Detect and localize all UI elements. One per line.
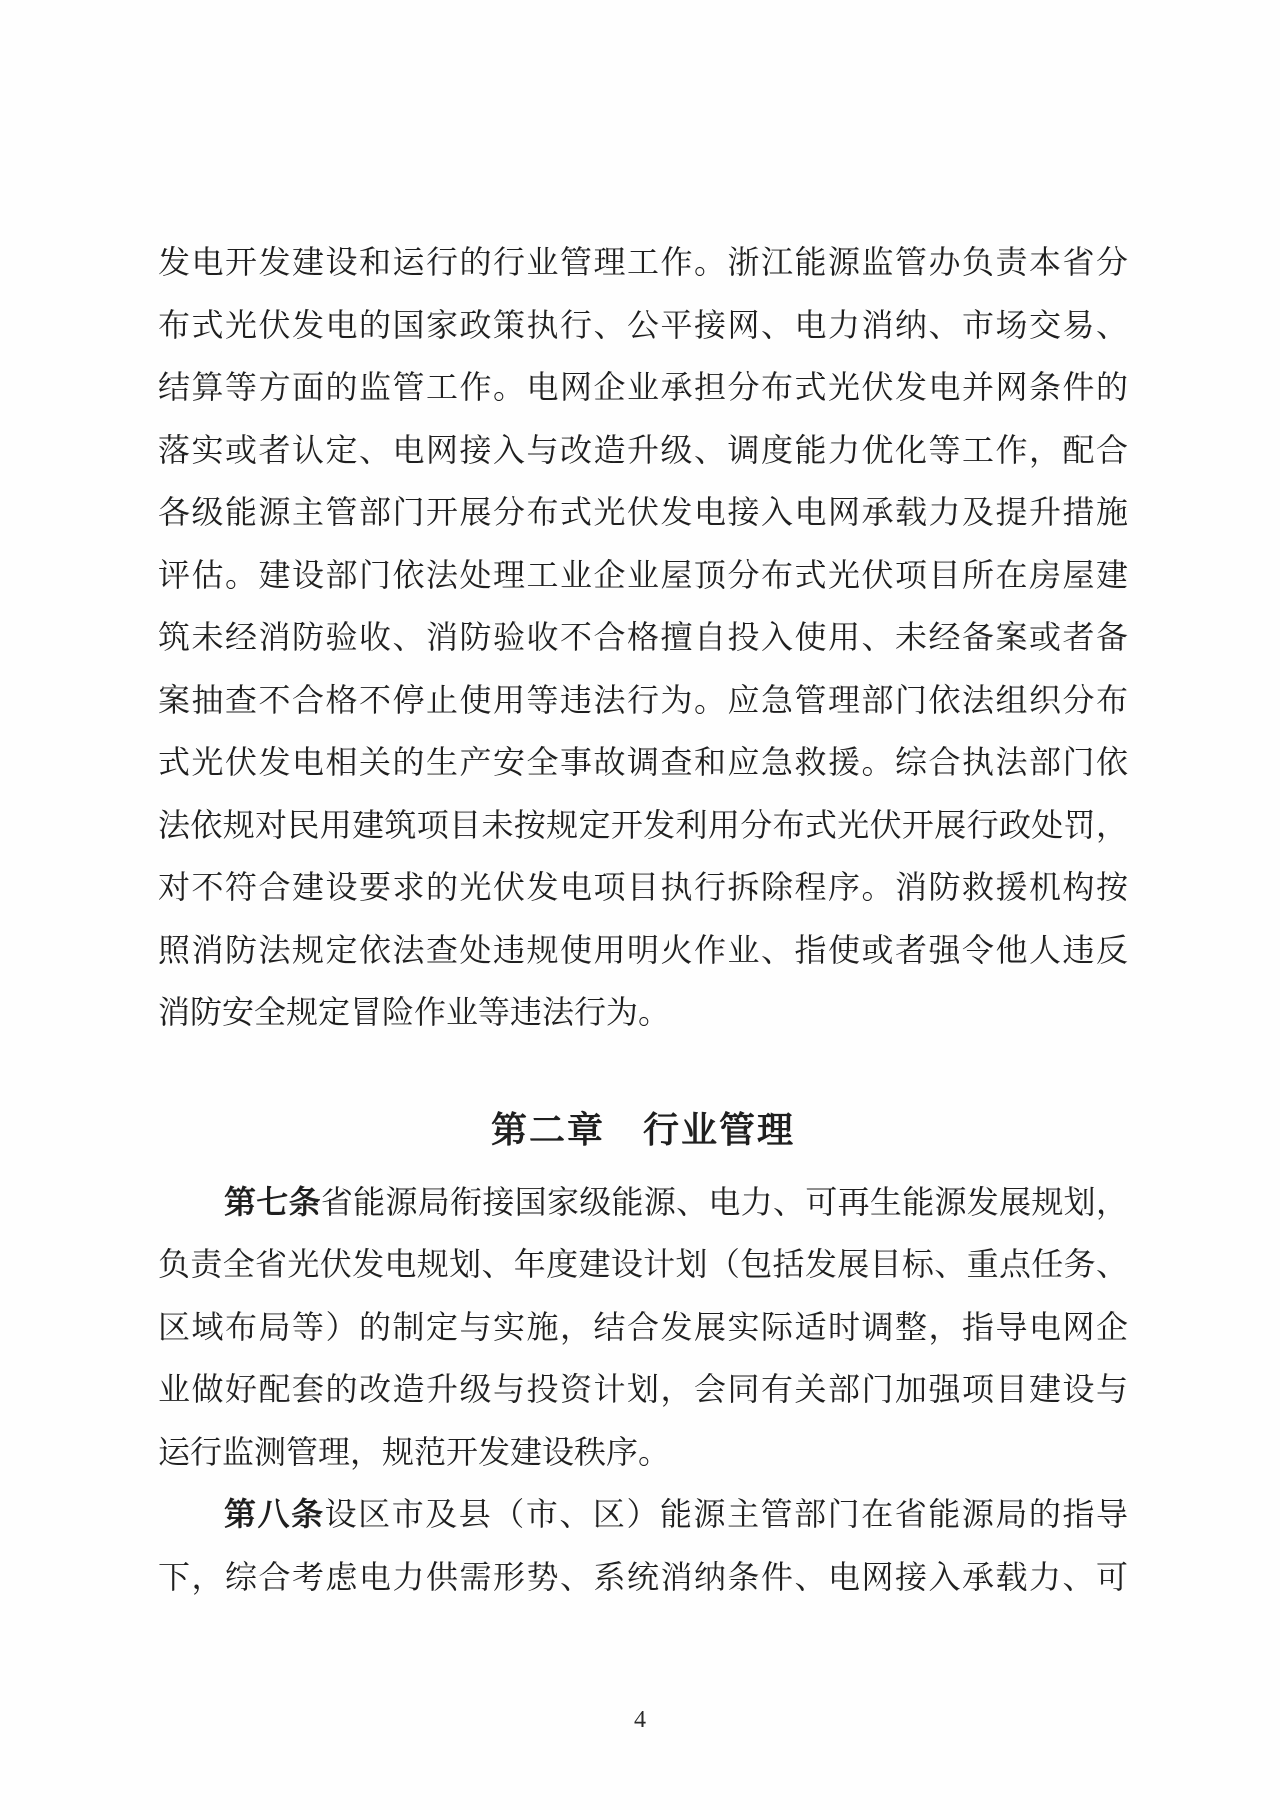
text-line: 案抽查不合格不停止使用等违法行为。应急管理部门依法组织分布 [158,669,1128,732]
page-number: 4 [0,1700,1280,1740]
text-line: 运行监测管理，规范开发建设秩序。 [158,1421,1128,1484]
article-first-line: 第八条设区市及县（市、区）能源主管部门在省能源局的指导 [158,1483,1128,1546]
article-text: 设区市及县（市、区）能源主管部门在省能源局的指导 [325,1496,1128,1532]
article-first-line: 第七条省能源局衔接国家级能源、电力、可再生能源发展规划， [158,1171,1128,1234]
text-line: 布式光伏发电的国家政策执行、公平接网、电力消纳、市场交易、 [158,294,1128,357]
text-line: 结算等方面的监管工作。电网企业承担分布式光伏发电并网条件的 [158,356,1128,419]
text-line: 法依规对民用建筑项目未按规定开发利用分布式光伏开展行政处罚， [158,794,1128,857]
document-page: 发电开发建设和运行的行业管理工作。浙江能源监管办负责本省分 布式光伏发电的国家政… [0,0,1280,1810]
intro-paragraph: 发电开发建设和运行的行业管理工作。浙江能源监管办负责本省分 布式光伏发电的国家政… [158,231,1128,1044]
text-line: 照消防法规定依法查处违规使用明火作业、指使或者强令他人违反 [158,919,1128,982]
text-line: 落实或者认定、电网接入与改造升级、调度能力优化等工作，配合 [158,419,1128,482]
text-line: 业做好配套的改造升级与投资计划，会同有关部门加强项目建设与 [158,1358,1128,1421]
chapter-heading: 第二章 行业管理 [158,1095,1128,1165]
text-line: 对不符合建设要求的光伏发电项目执行拆除程序。消防救援机构按 [158,856,1128,919]
article-8: 第八条设区市及县（市、区）能源主管部门在省能源局的指导 下，综合考虑电力供需形势… [158,1483,1128,1608]
text-line: 筑未经消防验收、消防验收不合格擅自投入使用、未经备案或者备 [158,606,1128,669]
article-number-label: 第七条 [224,1184,321,1220]
text-line: 发电开发建设和运行的行业管理工作。浙江能源监管办负责本省分 [158,231,1128,294]
text-line: 评估。建设部门依法处理工业企业屋顶分布式光伏项目所在房屋建 [158,544,1128,607]
document-content: 发电开发建设和运行的行业管理工作。浙江能源监管办负责本省分 布式光伏发电的国家政… [158,231,1128,1608]
text-line: 区域布局等）的制定与实施，结合发展实际适时调整，指导电网企 [158,1296,1128,1359]
article-text: 省能源局衔接国家级能源、电力、可再生能源发展规划， [321,1184,1128,1220]
text-line: 下，综合考虑电力供需形势、系统消纳条件、电网接入承载力、可 [158,1546,1128,1609]
text-line: 各级能源主管部门开展分布式光伏发电接入电网承载力及提升措施 [158,481,1128,544]
text-line: 消防安全规定冒险作业等违法行为。 [158,981,1128,1044]
article-7: 第七条省能源局衔接国家级能源、电力、可再生能源发展规划， 负责全省光伏发电规划、… [158,1171,1128,1484]
text-line: 负责全省光伏发电规划、年度建设计划（包括发展目标、重点任务、 [158,1233,1128,1296]
article-number-label: 第八条 [224,1496,325,1532]
text-line: 式光伏发电相关的生产安全事故调查和应急救援。综合执法部门依 [158,731,1128,794]
